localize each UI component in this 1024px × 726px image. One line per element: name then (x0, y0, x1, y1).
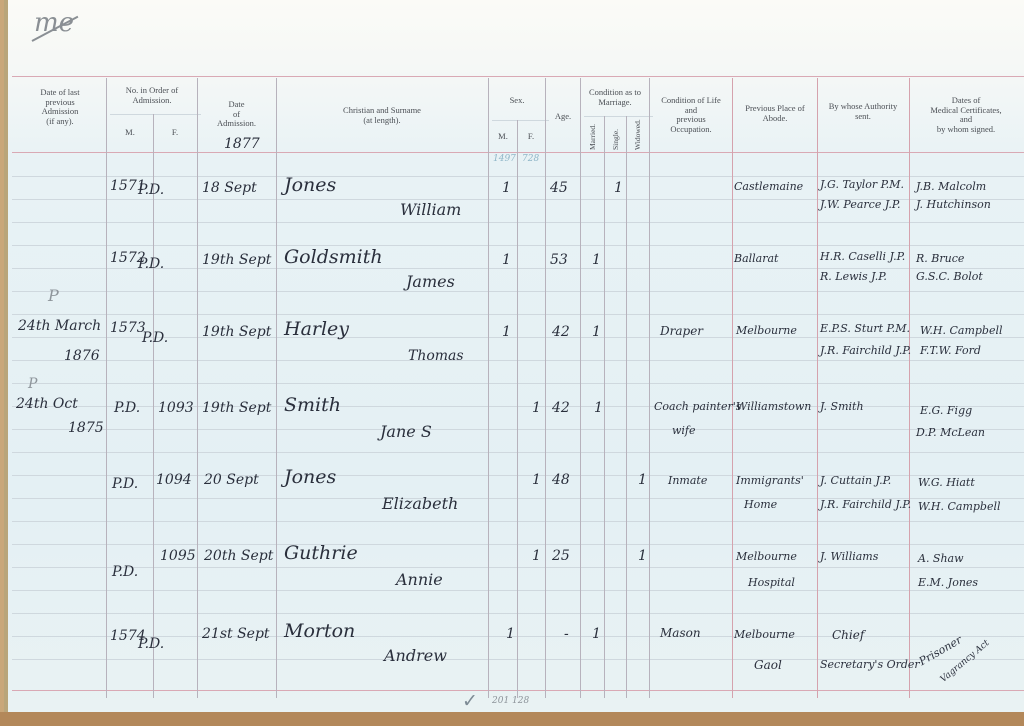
header-sex-f: F. (518, 132, 544, 142)
header-sex-m: M. (490, 132, 516, 142)
header-top-rule (12, 76, 1024, 77)
sex-total-f: 728 (522, 154, 539, 164)
header-widowed: Widowed. (633, 120, 642, 150)
header-marriage: Condition as toMarriage. (581, 88, 649, 107)
header-order-f: F. (154, 128, 196, 138)
header-single: Single. (611, 120, 620, 150)
header-married: Married. (588, 120, 597, 150)
check-mark: ✓ (462, 690, 478, 712)
header-medical: Dates ofMedical Certificates,andby whom … (910, 96, 1022, 134)
register-page: me Date of lastpreviousAdmission(if any)… (4, 0, 1024, 712)
header-date-admission: DateofAdmission. (198, 100, 275, 129)
sex-total-m: 1497 (493, 154, 516, 164)
page-totals: 201 128 (492, 696, 529, 706)
header-authority: By whose Authoritysent. (818, 102, 908, 121)
pencil-mark-p: P (48, 286, 59, 305)
corner-annotation: me (30, 8, 90, 48)
header-sex: Sex. (490, 96, 544, 106)
header-condition-life: Condition of LifeandpreviousOccupation. (650, 96, 732, 134)
pencil-mark-p: P (28, 376, 37, 392)
bottom-rule (12, 690, 1024, 691)
year-heading: 1877 (224, 136, 260, 152)
header-abode: Previous Place ofAbode. (734, 104, 816, 123)
header-order-number: No. in Order ofAdmission. (108, 86, 196, 105)
header-bottom-rule (12, 152, 1024, 153)
header-order-m: M. (108, 128, 152, 138)
book-edge (0, 712, 1024, 726)
header-name: Christian and Surname(at length). (278, 106, 486, 125)
header-last-admission: Date of lastpreviousAdmission(if any). (16, 88, 104, 126)
header-age: Age. (546, 112, 580, 122)
